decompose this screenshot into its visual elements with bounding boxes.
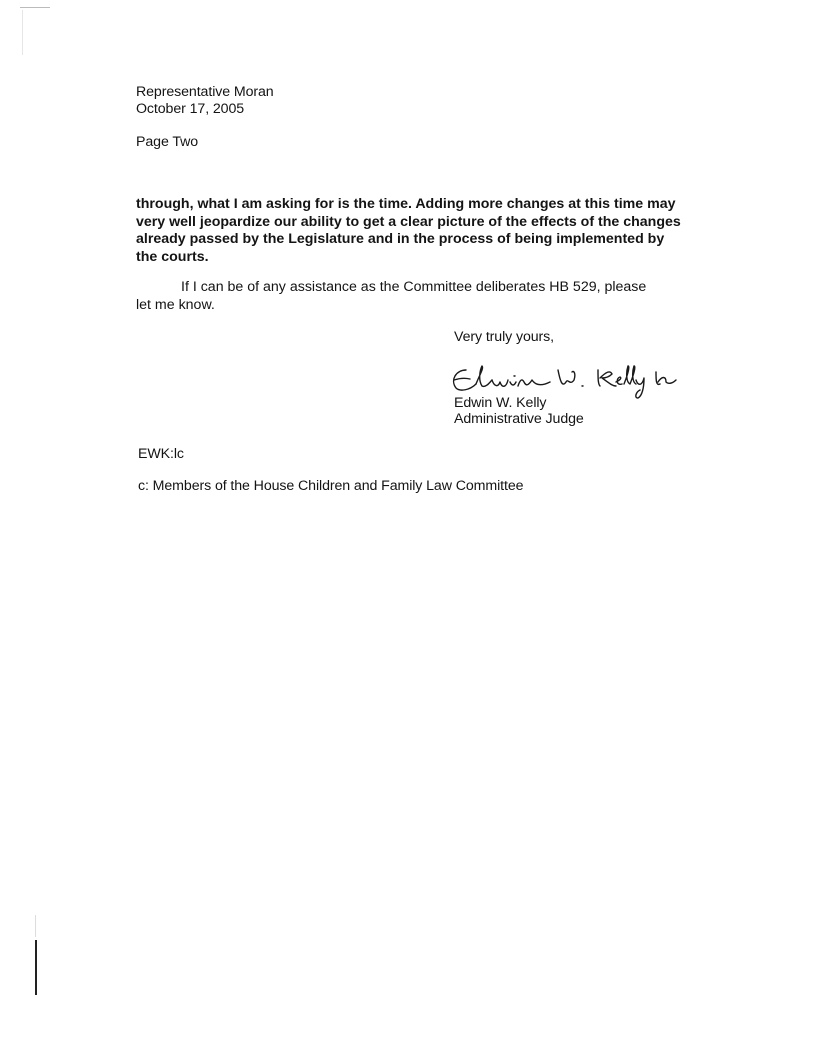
paragraph-line: the courts. (136, 249, 696, 267)
scan-artifact-top (20, 7, 50, 8)
scan-artifact-bar-faint (35, 915, 36, 937)
cc-line: c: Members of the House Children and Fam… (138, 478, 523, 495)
body-paragraph-2: If I can be of any assistance as the Com… (136, 279, 696, 314)
paragraph-line: If I can be of any assistance as the Com… (136, 279, 696, 297)
scan-artifact-bar (35, 940, 37, 995)
paragraph-line: very well jeopardize our ability to get … (136, 214, 696, 232)
paragraph-line: let me know. (136, 297, 696, 315)
scan-artifact-left (22, 10, 23, 55)
body-paragraph-1: through, what I am asking for is the tim… (136, 196, 696, 266)
closing-salutation: Very truly yours, (454, 329, 554, 346)
typist-initials: EWK:lc (138, 446, 184, 463)
paragraph-line: through, what I am asking for is the tim… (136, 196, 696, 214)
recipient-line: Representative Moran (136, 84, 274, 101)
date-line: October 17, 2005 (136, 101, 244, 118)
handwritten-signature (446, 360, 686, 400)
signer-name: Edwin W. Kelly (454, 395, 546, 412)
paragraph-line: already passed by the Legislature and in… (136, 231, 696, 249)
signer-title: Administrative Judge (454, 411, 584, 428)
page-label: Page Two (136, 134, 198, 151)
